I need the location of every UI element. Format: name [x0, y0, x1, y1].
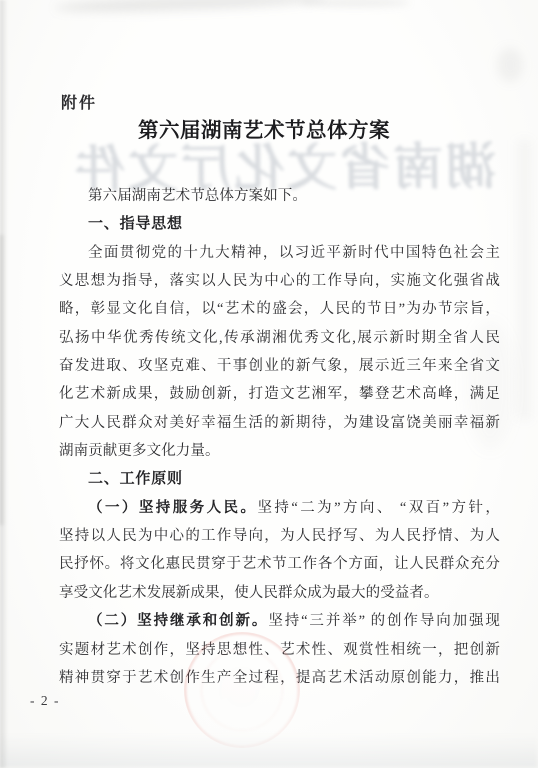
scan-smudge — [497, 48, 523, 82]
text-line: （二）坚持继承和创新。坚持“三并举” 的创作导向加强现 — [59, 607, 500, 635]
text-line: 广大人民群众对美好幸福生活的新期待，为建设富饶美丽幸福新 — [59, 409, 500, 437]
text-line: 坚持以人民为中心的工作导向，为人民抒写、为人民抒情、为人 — [59, 522, 500, 550]
line-text: 义思想为指导，落实以人民为中心的工作导向，实施文化强省战 — [59, 273, 500, 289]
text-line: 义思想为指导，落实以人民为中心的工作导向，实施文化强省战 — [59, 267, 500, 295]
line-text: 全面贯彻党的十九大精神，以习近平新时代中国特色社会主 — [88, 245, 500, 261]
text-line: 弘扬中华优秀传统文化,传承湖湘优秀文化,展示新时期全省人民 — [59, 324, 500, 352]
line-text: 弘扬中华优秀传统文化,传承湖湘优秀文化,展示新时期全省人民 — [59, 330, 500, 346]
document-body: 第六届湖南艺术节总体方案如下。 一、指导思想 全面贯彻党的十九大精神，以习近平新… — [59, 182, 500, 692]
line-text: 一、指导思想 — [88, 215, 183, 232]
text-line: 湖南贡献更多文化力量。 — [59, 437, 500, 465]
red-seal-stamp — [184, 632, 300, 748]
line-text: 坚持“三并举” 的创作导向加强现 — [268, 613, 500, 629]
bold-lead-text: （二）坚持继承和创新。 — [88, 613, 268, 629]
text-line: 民抒怀。将文化惠民贯穿于艺术节工作各个方面，让人民群众充分 — [59, 550, 500, 578]
text-line: 一、指导思想 — [59, 210, 500, 238]
document-title: 第六届湖南艺术节总体方案 — [0, 113, 528, 143]
scan-streak — [512, 140, 530, 420]
line-text: 坚持“二为”方向、 “双百”方针， — [257, 500, 500, 516]
scan-smudge — [55, 0, 325, 15]
scan-edge-shadow-dark — [0, 235, 5, 525]
line-text: 化艺术新成果，鼓励创新，打造文艺湘军，攀登艺术高峰，满足 — [59, 386, 500, 402]
line-text: 第六届湖南艺术节总体方案如下。 — [88, 188, 307, 204]
line-text: 坚持以人民为中心的工作导向，为人民抒写、为人民抒情、为人 — [59, 528, 500, 544]
text-line: （一）坚持服务人民。坚持“二为”方向、 “双百”方针， — [59, 494, 500, 522]
line-text: 广大人民群众对美好幸福生活的新期待，为建设富饶美丽幸福新 — [59, 415, 500, 431]
line-text: 二、工作原则 — [88, 470, 183, 487]
line-text: 湖南贡献更多文化力量。 — [59, 443, 220, 459]
text-line: 二、工作原则 — [59, 465, 500, 493]
scan-smudge — [300, 0, 410, 7]
scanned-document-page: 湖南省文化厅文件 附件 第六届湖南艺术节总体方案 第六届湖南艺术节总体方案如下。… — [0, 0, 538, 768]
attachment-label: 附件 — [61, 90, 97, 113]
line-text: 略，彰显文化自信，以“艺术的盛会，人民的节日”为办节宗旨， — [59, 301, 500, 317]
text-line: 全面贯彻党的十九大精神，以习近平新时代中国特色社会主 — [59, 239, 500, 267]
text-line: 奋发进取、攻坚克难、干事创业的新气象，展示近三年来全省文 — [59, 352, 500, 380]
page-number: - 2 - — [30, 693, 60, 709]
line-text: 民抒怀。将文化惠民贯穿于艺术节工作各个方面，让人民群众充分 — [59, 556, 500, 572]
bold-lead-text: （一）坚持服务人民。 — [88, 500, 257, 516]
red-seal-inner-ring — [201, 649, 283, 731]
scan-bottom-tint — [0, 734, 538, 768]
text-line: 化艺术新成果，鼓励创新，打造文艺湘军，攀登艺术高峰，满足 — [59, 380, 500, 408]
line-text: 享受文化艺术发展新成果，使人民群众成为最大的受益者。 — [59, 585, 439, 601]
text-line: 第六届湖南艺术节总体方案如下。 — [59, 182, 500, 210]
text-line: 略，彰显文化自信，以“艺术的盛会，人民的节日”为办节宗旨， — [59, 295, 500, 323]
line-text: 奋发进取、攻坚克难、干事创业的新气象，展示近三年来全省文 — [59, 358, 500, 374]
text-line: 享受文化艺术发展新成果，使人民群众成为最大的受益者。 — [59, 579, 500, 607]
